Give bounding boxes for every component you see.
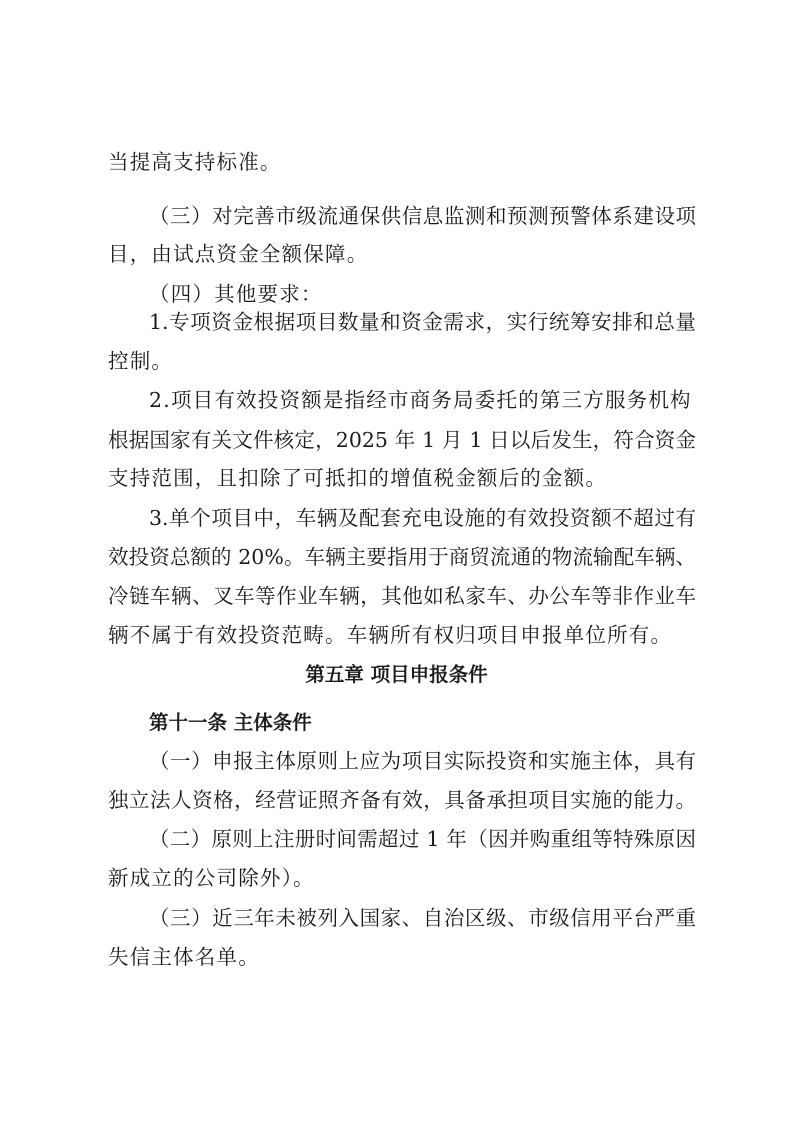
chapter-heading: 第五章 项目申报条件 — [0, 661, 793, 689]
paragraph-line: 控制。 — [108, 347, 696, 375]
article-heading: 第十一条 主体条件 — [149, 709, 312, 737]
paragraph-line: 3.单个项目中，车辆及配套充电设施的有效投资额不超过有 — [149, 504, 696, 532]
paragraph-line: 2.项目有效投资额是指经市商务局委托的第三方服务机构 — [149, 386, 696, 414]
paragraph-line: 辆不属于有效投资范畴。车辆所有权归项目申报单位所有。 — [108, 621, 696, 649]
paragraph-line: 失信主体名单。 — [108, 943, 696, 971]
paragraph-line: 1.专项资金根据项目数量和资金需求，实行统筹安排和总量 — [149, 308, 696, 336]
paragraph-line: 当提高支持标准。 — [108, 148, 696, 176]
paragraph-line: （四）其他要求： — [149, 280, 696, 308]
paragraph-line: （三）对完善市级流通保供信息监测和预测预警体系建设项 — [149, 202, 696, 230]
paragraph-line: 效投资总额的 20%。车辆主要指用于商贸流通的物流输配车辆、 — [108, 543, 696, 571]
paragraph-line: 新成立的公司除外）。 — [108, 864, 696, 892]
paragraph-line: （二）原则上注册时间需超过 1 年（因并购重组等特殊原因 — [149, 825, 696, 853]
paragraph-line: （一）申报主体原则上应为项目实际投资和实施主体，具有 — [149, 747, 696, 775]
paragraph-line: 根据国家有关文件核定，2025 年 1 月 1 日以后发生，符合资金 — [108, 426, 696, 454]
paragraph-line: 支持范围，且扣除了可抵扣的增值税金额后的金额。 — [108, 464, 696, 492]
paragraph-line: 目，由试点资金全额保障。 — [108, 240, 696, 268]
paragraph-line: 冷链车辆、叉车等作业车辆，其他如私家车、办公车等非作业车 — [108, 582, 696, 610]
paragraph-line: 独立法人资格，经营证照齐备有效，具备承担项目实施的能力。 — [108, 786, 696, 814]
paragraph-line: （三）近三年未被列入国家、自治区级、市级信用平台严重 — [149, 904, 696, 932]
